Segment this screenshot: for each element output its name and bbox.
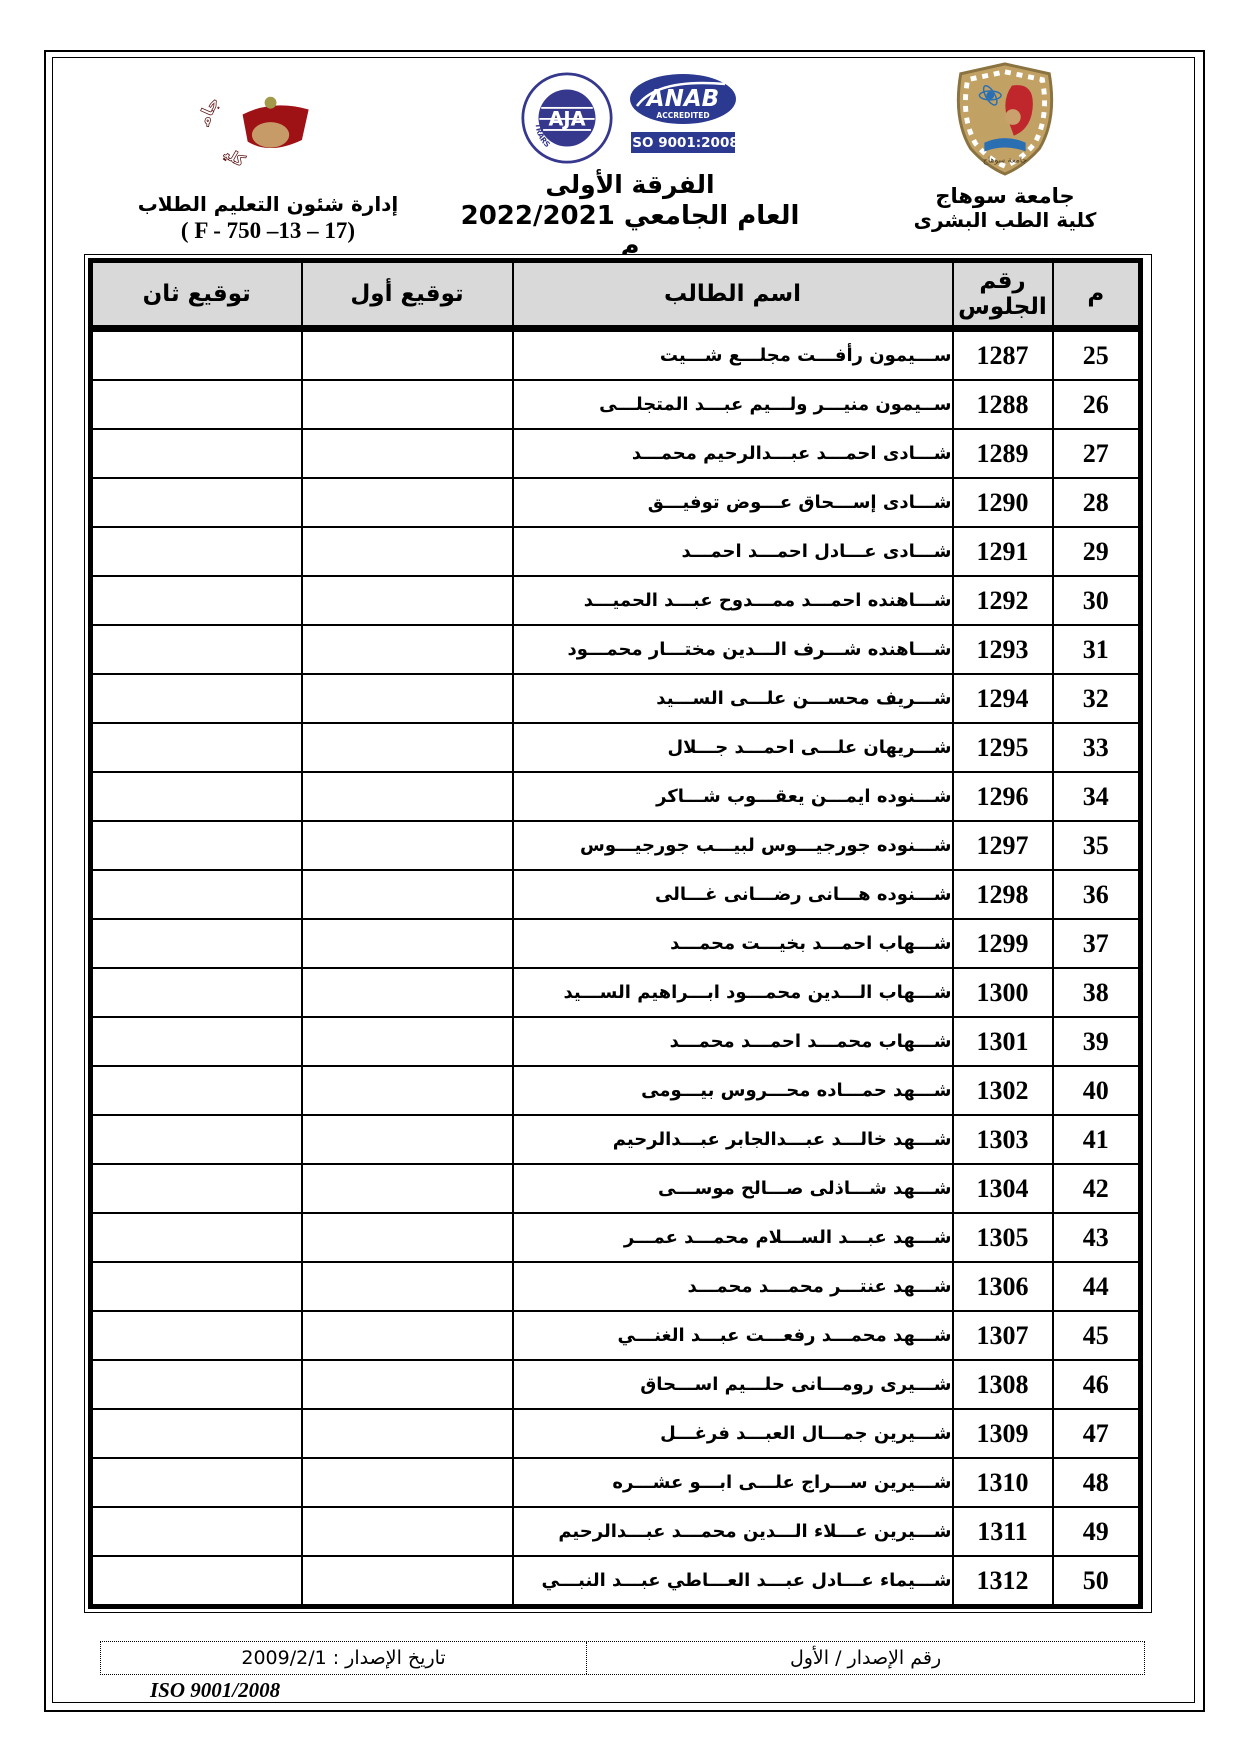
first-signature-cell	[302, 478, 513, 527]
second-signature-cell	[91, 723, 302, 772]
table-row: 49 1311 شـــيرين عـــلاء الـــدين محمـــ…	[91, 1507, 1141, 1556]
second-signature-cell	[91, 1213, 302, 1262]
second-signature-cell	[91, 1409, 302, 1458]
student-name-cell: ســيمون منيـــر ولـــيم عبـــد المتجلـــ…	[513, 380, 953, 429]
seat-number-cell: 1306	[953, 1262, 1053, 1311]
row-number-cell: 27	[1053, 429, 1141, 478]
aja-logo-icon: AJA ANGLO JAPANESE AMERICAN REGISTRARS	[521, 72, 613, 164]
row-number-cell: 31	[1053, 625, 1141, 674]
student-name-cell: شـــادى إســـحاق عـــوض توفيـــق	[513, 478, 953, 527]
row-number-cell: 49	[1053, 1507, 1141, 1556]
second-signature-cell	[91, 870, 302, 919]
accreditation-logos: ANAB ACCREDITED ISO 9001:2008 AJA ANGLO …	[455, 72, 805, 164]
faculty-name: كلية الطب البشرى	[855, 208, 1155, 232]
student-name-cell: شـــيرين عـــلاء الـــدين محمـــد عبـــد…	[513, 1507, 953, 1556]
second-signature-cell	[91, 674, 302, 723]
iso-standard-label: ISO 9001/2008	[150, 1678, 280, 1703]
table-row: 26 1288 ســيمون منيـــر ولـــيم عبـــد ا…	[91, 380, 1141, 429]
svg-text:ANGLO JAPANESE AMERICAN: ANGLO JAPANESE AMERICAN	[521, 72, 525, 74]
seat-number-cell: 1305	[953, 1213, 1053, 1262]
first-signature-cell	[302, 674, 513, 723]
table-row: 40 1302 شـــهد حمـــاده محـــروس بيـــوم…	[91, 1066, 1141, 1115]
first-signature-cell	[302, 576, 513, 625]
table-header-row: م رقم الجلوس اسم الطالب توقيع أول توقيع …	[91, 261, 1141, 329]
seat-number-cell: 1287	[953, 329, 1053, 381]
student-name-cell: شـــنوده ايمـــن يعقـــوب شـــاكر	[513, 772, 953, 821]
seat-number-cell: 1311	[953, 1507, 1053, 1556]
grade-title: الفرقة الأولى	[455, 170, 805, 199]
first-signature-cell	[302, 870, 513, 919]
seat-number-cell: 1301	[953, 1017, 1053, 1066]
seat-number-cell: 1294	[953, 674, 1053, 723]
col-header-no: م	[1053, 261, 1141, 329]
first-signature-cell	[302, 1164, 513, 1213]
second-signature-cell	[91, 329, 302, 381]
first-signature-cell	[302, 329, 513, 381]
row-number-cell: 46	[1053, 1360, 1141, 1409]
seat-number-cell: 1297	[953, 821, 1053, 870]
student-name-cell: شـــيرى رومـــانى حلـــيم اســـحاق	[513, 1360, 953, 1409]
second-signature-cell	[91, 1066, 302, 1115]
second-signature-cell	[91, 1458, 302, 1507]
second-signature-cell	[91, 1556, 302, 1607]
seat-number-cell: 1289	[953, 429, 1053, 478]
table-row: 31 1293 شـــاهنده شـــرف الـــدين مختـــ…	[91, 625, 1141, 674]
student-name-cell: شـــيماء عـــادل عبـــد العـــاطي عبـــد…	[513, 1556, 953, 1607]
second-signature-cell	[91, 968, 302, 1017]
first-signature-cell	[302, 1409, 513, 1458]
col-header-first-signature: توقيع أول	[302, 261, 513, 329]
row-number-cell: 44	[1053, 1262, 1141, 1311]
student-table: م رقم الجلوس اسم الطالب توقيع أول توقيع …	[88, 258, 1143, 1609]
first-signature-cell	[302, 1115, 513, 1164]
seat-number-cell: 1295	[953, 723, 1053, 772]
seat-number-cell: 1299	[953, 919, 1053, 968]
first-signature-cell	[302, 1213, 513, 1262]
row-number-cell: 41	[1053, 1115, 1141, 1164]
row-number-cell: 28	[1053, 478, 1141, 527]
seat-number-cell: 1310	[953, 1458, 1053, 1507]
table-row: 41 1303 شـــهد خالـــد عبـــدالجابر عبــ…	[91, 1115, 1141, 1164]
student-name-cell: شـــاهنده شـــرف الـــدين مختـــار محمــ…	[513, 625, 953, 674]
second-signature-cell	[91, 772, 302, 821]
first-signature-cell	[302, 723, 513, 772]
table-row: 48 1310 شـــيرين ســـراج علـــى ابـــو ع…	[91, 1458, 1141, 1507]
table-row: 37 1299 شـــهاب احمـــد بخيـــت محمـــد	[91, 919, 1141, 968]
student-name-cell: شـــهاب محمـــد احمـــد محمـــد	[513, 1017, 953, 1066]
student-name-cell: شـــهد عبـــد الســـلام محمـــد عمـــر	[513, 1213, 953, 1262]
anab-logo-text: ANAB	[645, 86, 719, 112]
table-row: 30 1292 شـــاهنده احمـــد ممـــدوح عبـــ…	[91, 576, 1141, 625]
first-signature-cell	[302, 968, 513, 1017]
student-name-cell: شـــادى احمـــد عبـــدالرحيم محمـــد	[513, 429, 953, 478]
second-signature-cell	[91, 1360, 302, 1409]
seat-number-cell: 1303	[953, 1115, 1053, 1164]
second-signature-cell	[91, 1262, 302, 1311]
table-row: 39 1301 شـــهاب محمـــد احمـــد محمـــد	[91, 1017, 1141, 1066]
student-name-cell: شـــهد عنتـــر محمـــد محمـــد	[513, 1262, 953, 1311]
table-row: 50 1312 شـــيماء عـــادل عبـــد العـــاط…	[91, 1556, 1141, 1607]
seat-number-cell: 1302	[953, 1066, 1053, 1115]
row-number-cell: 33	[1053, 723, 1141, 772]
first-signature-cell	[302, 1360, 513, 1409]
row-number-cell: 48	[1053, 1458, 1141, 1507]
table-row: 46 1308 شـــيرى رومـــانى حلـــيم اســـح…	[91, 1360, 1141, 1409]
seat-number-cell: 1293	[953, 625, 1053, 674]
table-row: 32 1294 شـــريف محســـن علـــى الســـيد	[91, 674, 1141, 723]
first-signature-cell	[302, 1262, 513, 1311]
row-number-cell: 47	[1053, 1409, 1141, 1458]
student-name-cell: شـــهد حمـــاده محـــروس بيـــومى	[513, 1066, 953, 1115]
second-signature-cell	[91, 1507, 302, 1556]
table-row: 28 1290 شـــادى إســـحاق عـــوض توفيـــق	[91, 478, 1141, 527]
row-number-cell: 40	[1053, 1066, 1141, 1115]
roster-page: { "colors": { "navy_brand": "#2b3990", "…	[0, 0, 1241, 1754]
row-number-cell: 35	[1053, 821, 1141, 870]
first-signature-cell	[302, 1066, 513, 1115]
col-header-second-signature: توقيع ثان	[91, 261, 302, 329]
seat-number-cell: 1291	[953, 527, 1053, 576]
anab-logo-icon: ANAB ACCREDITED ISO 9001:2008	[627, 72, 739, 156]
seat-number-cell: 1308	[953, 1360, 1053, 1409]
seat-number-cell: 1292	[953, 576, 1053, 625]
department-line: إدارة شئون التعليم الطلاب	[88, 192, 448, 216]
seat-number-cell: 1312	[953, 1556, 1053, 1607]
col-header-seat-number: رقم الجلوس	[953, 261, 1053, 329]
row-number-cell: 26	[1053, 380, 1141, 429]
row-number-cell: 43	[1053, 1213, 1141, 1262]
table-row: 42 1304 شـــهد شـــاذلى صـــالح موســـى	[91, 1164, 1141, 1213]
first-signature-cell	[302, 821, 513, 870]
first-signature-cell	[302, 1017, 513, 1066]
second-signature-cell	[91, 380, 302, 429]
footer-issue-table: رقم الإصدار / الأول تاريخ الإصدار : 2009…	[100, 1641, 1145, 1675]
student-name-cell: شـــيرين ســـراج علـــى ابـــو عشـــره	[513, 1458, 953, 1507]
table-row: 25 1287 ســـيمون رأفـــت مجلـــع شـــيت	[91, 329, 1141, 381]
second-signature-cell	[91, 1017, 302, 1066]
form-code: ( F - 750 –13 – 17)	[88, 218, 448, 244]
first-signature-cell	[302, 625, 513, 674]
table-row: 35 1297 شـــنوده جورجيـــوس لبيـــب جورج…	[91, 821, 1141, 870]
aja-ring-top-text: ANGLO JAPANESE AMERICAN	[521, 72, 525, 74]
student-name-cell: شـــنوده هـــانى رضـــانى غـــالى	[513, 870, 953, 919]
second-signature-cell	[91, 1164, 302, 1213]
issue-number-cell: رقم الإصدار / الأول	[586, 1642, 1144, 1674]
student-name-cell: شـــريهان علـــى احمـــد جـــلال	[513, 723, 953, 772]
row-number-cell: 25	[1053, 329, 1141, 381]
table-row: 36 1298 شـــنوده هـــانى رضـــانى غـــال…	[91, 870, 1141, 919]
student-table-body: 25 1287 ســـيمون رأفـــت مجلـــع شـــيت …	[91, 329, 1141, 1607]
first-signature-cell	[302, 1507, 513, 1556]
second-signature-cell	[91, 625, 302, 674]
seat-number-cell: 1307	[953, 1311, 1053, 1360]
student-table-wrapper: م رقم الجلوس اسم الطالب توقيع أول توقيع …	[84, 254, 1152, 1613]
seat-number-cell: 1304	[953, 1164, 1053, 1213]
second-signature-cell	[91, 478, 302, 527]
first-signature-cell	[302, 527, 513, 576]
table-row: 44 1306 شـــهد عنتـــر محمـــد محمـــد	[91, 1262, 1141, 1311]
student-name-cell: شـــاهنده احمـــد ممـــدوح عبـــد الحميـ…	[513, 576, 953, 625]
university-name: جامعة سوهاج	[855, 184, 1155, 208]
second-signature-cell	[91, 527, 302, 576]
seat-number-cell: 1290	[953, 478, 1053, 527]
student-name-cell: شـــهاب الـــدين محمـــود ابـــراهيم الس…	[513, 968, 953, 1017]
second-signature-cell	[91, 429, 302, 478]
second-signature-cell	[91, 1311, 302, 1360]
row-number-cell: 30	[1053, 576, 1141, 625]
anab-accredited-text: ACCREDITED	[656, 111, 709, 120]
row-number-cell: 29	[1053, 527, 1141, 576]
table-row: 45 1307 شـــهد محمـــد رفعـــت عبـــد ال…	[91, 1311, 1141, 1360]
table-row: 47 1309 شـــيرين جمـــال العبـــد فرغـــ…	[91, 1409, 1141, 1458]
faculty-crescent-logo-icon: جامعة سوهاج كلية الطب	[183, 62, 353, 184]
row-number-cell: 36	[1053, 870, 1141, 919]
student-name-cell: ســـيمون رأفـــت مجلـــع شـــيت	[513, 329, 953, 381]
table-row: 34 1296 شـــنوده ايمـــن يعقـــوب شـــاك…	[91, 772, 1141, 821]
seat-number-cell: 1300	[953, 968, 1053, 1017]
academic-year-title: العام الجامعي 2022/2021 م	[455, 201, 805, 261]
table-row: 38 1300 شـــهاب الـــدين محمـــود ابـــر…	[91, 968, 1141, 1017]
student-name-cell: شـــهد محمـــد رفعـــت عبـــد الغنـــي	[513, 1311, 953, 1360]
first-signature-cell	[302, 1311, 513, 1360]
anab-iso-text: ISO 9001:2008	[627, 135, 738, 151]
header-left-block: جامعة سوهاج كلية الطب إدارة شئون التعليم…	[88, 62, 448, 244]
seat-number-cell: 1288	[953, 380, 1053, 429]
seat-number-cell: 1296	[953, 772, 1053, 821]
student-name-cell: شـــهاب احمـــد بخيـــت محمـــد	[513, 919, 953, 968]
table-row: 27 1289 شـــادى احمـــد عبـــدالرحيم محم…	[91, 429, 1141, 478]
student-name-cell: شـــريف محســـن علـــى الســـيد	[513, 674, 953, 723]
first-signature-cell	[302, 1556, 513, 1607]
row-number-cell: 37	[1053, 919, 1141, 968]
first-signature-cell	[302, 380, 513, 429]
university-shield-logo-icon: جامعة سوهاج	[941, 60, 1069, 178]
row-number-cell: 39	[1053, 1017, 1141, 1066]
shield-caption-text: جامعة سوهاج	[983, 155, 1027, 164]
second-signature-cell	[91, 919, 302, 968]
row-number-cell: 42	[1053, 1164, 1141, 1213]
first-signature-cell	[302, 919, 513, 968]
row-number-cell: 38	[1053, 968, 1141, 1017]
student-name-cell: شـــهد شـــاذلى صـــالح موســـى	[513, 1164, 953, 1213]
seat-number-cell: 1298	[953, 870, 1053, 919]
seat-number-cell: 1309	[953, 1409, 1053, 1458]
second-signature-cell	[91, 1115, 302, 1164]
row-number-cell: 50	[1053, 1556, 1141, 1607]
second-signature-cell	[91, 576, 302, 625]
row-number-cell: 45	[1053, 1311, 1141, 1360]
student-name-cell: شـــادى عـــادل احمـــد احمـــد	[513, 527, 953, 576]
row-number-cell: 32	[1053, 674, 1141, 723]
row-number-cell: 34	[1053, 772, 1141, 821]
col-header-student-name: اسم الطالب	[513, 261, 953, 329]
issue-date-cell: تاريخ الإصدار : 2009/2/1	[101, 1642, 586, 1674]
first-signature-cell	[302, 772, 513, 821]
table-row: 33 1295 شـــريهان علـــى احمـــد جـــلال	[91, 723, 1141, 772]
aja-logo-text: AJA	[548, 107, 585, 130]
student-name-cell: شـــيرين جمـــال العبـــد فرغـــل	[513, 1409, 953, 1458]
first-signature-cell	[302, 429, 513, 478]
student-name-cell: شـــنوده جورجيـــوس لبيـــب جورجيـــوس	[513, 821, 953, 870]
first-signature-cell	[302, 1458, 513, 1507]
second-signature-cell	[91, 821, 302, 870]
table-row: 43 1305 شـــهد عبـــد الســـلام محمـــد …	[91, 1213, 1141, 1262]
student-name-cell: شـــهد خالـــد عبـــدالجابر عبـــدالرحيم	[513, 1115, 953, 1164]
table-row: 29 1291 شـــادى عـــادل احمـــد احمـــد	[91, 527, 1141, 576]
header-right-block: جامعة سوهاج جامعة سوهاج كلية الطب البشرى	[855, 60, 1155, 232]
